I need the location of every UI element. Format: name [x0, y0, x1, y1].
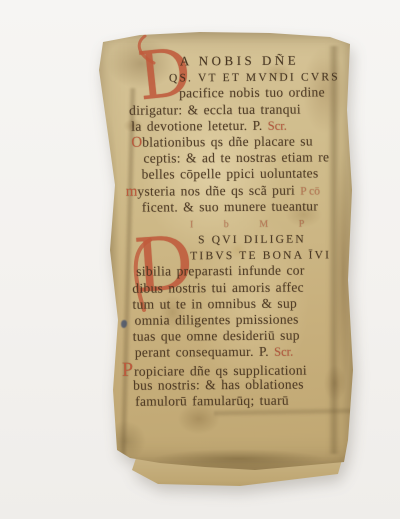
text-segment: dibus nostris tui amoris affec	[132, 279, 304, 295]
text-segment: S QVI DILIGEN	[198, 234, 306, 247]
text-segment: Scr.	[274, 345, 293, 359]
text-line: famulorū famularūq; tuarū	[125, 392, 357, 410]
bottom-edge-stain	[258, 481, 400, 489]
text-line: pacifice nobis tuo ordine	[123, 85, 355, 103]
text-segment: A NOBIS DÑE	[180, 53, 300, 69]
text-line: A NOBIS DÑE	[123, 52, 355, 70]
text-segment: ysteria nos dñe qs scã puri	[137, 182, 300, 198]
text-segment: blationibus qs dñe placare su	[142, 133, 313, 149]
text-line: Propiciare dñe qs supplicationi	[125, 360, 357, 378]
text-segment: P	[122, 358, 133, 380]
text-line: sibilia preparasti infunde cor	[124, 263, 356, 281]
leaf-shadow-wrapper: D D A NOBIS DÑEQS. VT ET MVNDI CVRSpacif…	[0, 0, 400, 519]
text-line: ceptis: & ad te nostras etiam re	[123, 149, 355, 167]
text-line: TIBVS TE BONA ĪVI	[124, 246, 356, 264]
manuscript-photo: D D A NOBIS DÑEQS. VT ET MVNDI CVRSpacif…	[0, 0, 400, 519]
text-line: ficent. & suo munere tueantur	[124, 198, 356, 216]
text-segment: ceptis: & ad te nostras etiam re	[143, 150, 329, 166]
text-segment: belles cōpelle ppici uoluntates	[142, 166, 319, 182]
manuscript-page: D D A NOBIS DÑEQS. VT ET MVNDI CVRSpacif…	[94, 28, 356, 472]
text-segment: ficent. & suo munere tueantur	[142, 198, 318, 214]
text-segment: I b M P	[190, 218, 318, 230]
text-segment: tum ut te in omnibus & sup	[132, 295, 297, 311]
text-line: mysteria nos dñe qs scã puri P cō	[124, 182, 356, 200]
text-line: la devotione letetur. P. Scr.	[123, 117, 355, 135]
text-line: belles cōpelle ppici uoluntates	[124, 166, 356, 184]
text-line: tuas que omne desideriū sup	[125, 327, 357, 345]
text-segment: la devotione letetur. P.	[131, 118, 268, 134]
text-segment: sibilia preparasti infunde cor	[136, 263, 304, 279]
text-line: dirigatur: & eccla tua tranqui	[123, 101, 355, 119]
text-segment: O	[131, 135, 142, 151]
text-segment: m	[126, 183, 138, 199]
text-segment: famulorū famularūq; tuarū	[135, 393, 289, 409]
text-segment: TIBVS TE BONA ĪVI	[190, 250, 331, 263]
text-segment: QS. VT ET MVNDI CVRS	[169, 71, 340, 84]
text-line: bus nostris: & has oblationes	[125, 376, 357, 394]
text-line: QS. VT ET MVNDI CVRS	[123, 68, 355, 86]
text-line: dibus nostris tui amoris affec	[124, 279, 356, 297]
text-segment: bus nostris: & has oblationes	[133, 376, 304, 392]
text-line: omnia diligentes pmissiones	[125, 311, 357, 329]
text-segment: Scr.	[268, 118, 287, 132]
text-line: S QVI DILIGEN	[124, 230, 356, 248]
text-segment: pacifice nobis tuo ordine	[179, 85, 325, 101]
text-line: Oblationibus qs dñe placare su	[123, 133, 355, 151]
text-line: I b M P	[124, 214, 356, 232]
text-segment: P cō	[300, 185, 320, 197]
text-line: tum ut te in omnibus & sup	[124, 295, 356, 313]
text-line: perant consequamur. P. Scr.	[125, 344, 357, 362]
text-segment: tuas que omne desideriū sup	[133, 328, 300, 344]
text-block: A NOBIS DÑEQS. VT ET MVNDI CVRSpacifice …	[123, 52, 357, 410]
text-segment: omnia diligentes pmissiones	[135, 312, 299, 328]
text-segment: dirigatur: & eccla tua tranqui	[129, 101, 301, 117]
text-segment: perant consequamur. P.	[135, 344, 274, 360]
